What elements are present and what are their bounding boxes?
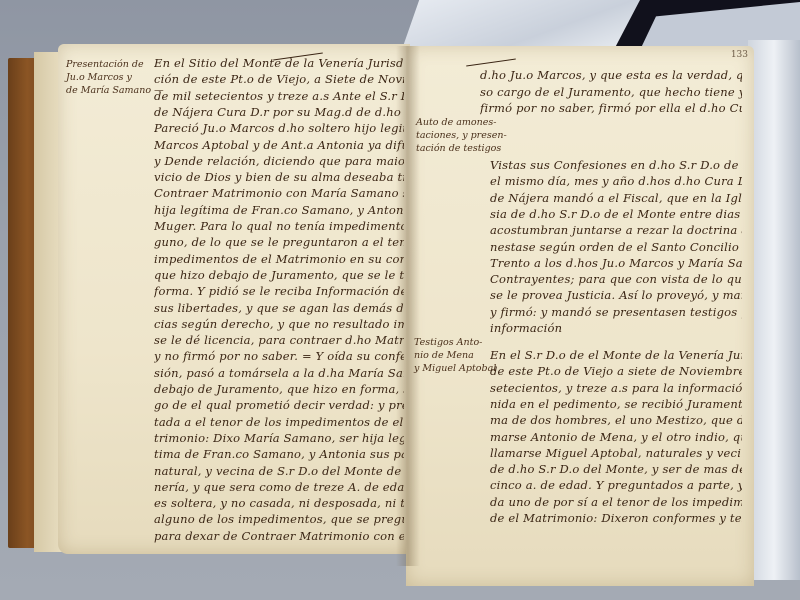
manuscript-line: el mismo día, mes y año d.hos d.ho Cura … xyxy=(490,174,742,188)
manuscript-line: debajo de Juramento, que hizo en forma, … xyxy=(154,382,404,396)
right-page: 133 Auto de amones- taciones, y presen- … xyxy=(406,46,754,586)
manuscript-line: sus libertades, y que se agan las demás … xyxy=(154,301,404,315)
manuscript-line: de Nájera mandó a el Fiscal, que en la I… xyxy=(490,191,742,205)
margin-note-line: taciones, y presen- xyxy=(416,129,507,142)
manuscript-line: y no firmó por no saber. = Y oída su con… xyxy=(154,349,404,363)
manuscript-line: alguno de los impedimentos, que se pregu… xyxy=(154,512,404,526)
manuscript-line: y Dende relación, diciendo que para maio… xyxy=(154,154,404,168)
manuscript-line: Vistas sus Confesiones en d.ho S.r D.o d… xyxy=(490,158,742,172)
manuscript-line: ción de este Pt.o de Viejo, a Siete de N… xyxy=(154,72,404,86)
tissue-paper-right xyxy=(748,40,800,580)
manuscript-line: vicio de Dios y bien de su alma deseaba … xyxy=(154,170,404,184)
manuscript-line: forma. Y pidió se le reciba Información … xyxy=(154,284,404,298)
manuscript-line: nestase según orden de el Santo Concilio… xyxy=(490,240,742,254)
manuscript-line: de Nájera Cura D.r por su Mag.d de d.ho … xyxy=(154,105,404,119)
manuscript-line: marse Antonio de Mena, y el otro indio, … xyxy=(490,430,742,444)
margin-note-line: nio de Mena xyxy=(414,349,496,362)
manuscript-line: sia de d.ho S.r D.o de el Monte entre di… xyxy=(490,207,742,221)
manuscript-line: cinco a. de edad. Y preguntados a parte,… xyxy=(490,478,742,492)
manuscript-line: nida en el pedimento, se recibió Juramen… xyxy=(490,397,742,411)
margin-note-line: Presentación de xyxy=(66,58,164,71)
manuscript-line: de este Pt.o de Viejo a siete de Noviemb… xyxy=(490,364,742,378)
margin-note-line: Auto de amones- xyxy=(416,116,507,129)
manuscript-line: para dexar de Contraer Matrimonio con el xyxy=(154,529,404,543)
manuscript-line: de d.ho S.r D.o del Monte, y ser de mas … xyxy=(490,462,742,476)
manuscript-line: Marcos Aptobal y de Ant.a Antonia ya dif… xyxy=(154,138,404,152)
manuscript-line: Contrayentes; para que con vista de lo q… xyxy=(490,272,742,286)
manuscript-line: Pareció Ju.o Marcos d.ho soltero hijo le… xyxy=(154,121,404,135)
manuscript-line: En el S.r D.o de el Monte de la Venería … xyxy=(490,348,742,362)
manuscript-line: es soltera, y no casada, ni desposada, n… xyxy=(154,496,404,510)
manuscript-line: tada a el tenor de los impedimentos de e… xyxy=(154,415,404,429)
manuscript-line: trimonio: Dixo María Samano, ser hija le… xyxy=(154,431,404,445)
manuscript-line: se le provea Justicia. Así lo proveyó, y… xyxy=(490,288,742,302)
manuscript-line: firmó por no saber, firmó por ella el d.… xyxy=(480,101,742,115)
manuscript-line: cias según derecho, y que no resultado i… xyxy=(154,317,404,331)
manuscript-line: sión, pasó a tomársela a la d.ha María S… xyxy=(154,366,404,380)
margin-note-line: Testigos Anto- xyxy=(414,336,496,349)
manuscript-line: natural, y vecina de S.r D.o del Monte d… xyxy=(154,464,404,478)
left-page: Presentación de Ju.o Marcos y de María S… xyxy=(58,44,410,554)
margin-note-line: Ju.o Marcos y xyxy=(66,71,164,84)
manuscript-line: impedimentos de el Matrimonio en su conf… xyxy=(154,252,404,266)
left-margin-note: Presentación de Ju.o Marcos y de María S… xyxy=(66,58,164,97)
manuscript-line: d.ho Ju.o Marcos, y que esta es la verda… xyxy=(480,68,742,82)
manuscript-line: Trento a los d.hos Ju.o Marcos y María S… xyxy=(490,256,742,270)
manuscript-line: acostumbran juntarse a rezar la doctrina… xyxy=(490,223,742,237)
right-margin-note-2: Testigos Anto- nio de Mena y Miguel Apto… xyxy=(414,336,496,375)
flourish-mark xyxy=(466,59,516,67)
manuscript-line: so cargo de el Juramento, que hecho tien… xyxy=(480,85,742,99)
manuscript-line: ma de dos hombres, el uno Mestizo, que d… xyxy=(490,413,742,427)
manuscript-line: información xyxy=(490,321,742,335)
margin-note-line: y Miguel Aptobal xyxy=(414,362,496,375)
book-gutter xyxy=(396,46,420,566)
manuscript-line: de el Matrimonio: Dixeron conformes y te… xyxy=(490,511,742,525)
manuscript-line: go de el qual prometió decir verdad: y p… xyxy=(154,398,404,412)
manuscript-line: setecientos, y treze a.s para la informa… xyxy=(490,381,742,395)
manuscript-line: da uno de por sí a el tenor de los imped… xyxy=(490,495,742,509)
manuscript-line: hija legítima de Fran.co Samano, y Anton… xyxy=(154,203,404,217)
manuscript-line: En el Sitio del Monte de la Venería Juri… xyxy=(154,56,404,70)
manuscript-line: y firmó: y mandó se presentasen testigos… xyxy=(490,305,742,319)
manuscript-line: se le dé licencia, para contraer d.ho Ma… xyxy=(154,333,404,347)
manuscript-line: nería, y que sera como de treze A. de ed… xyxy=(154,480,404,494)
margin-note-line: de María Samano — xyxy=(66,84,164,97)
manuscript-line: llamarse Miguel Aptobal, naturales y vec… xyxy=(490,446,742,460)
page-number: 133 xyxy=(731,50,748,60)
margin-note-line: tación de testigos xyxy=(416,142,507,155)
manuscript-line: guno, de lo que se le preguntaron a el t… xyxy=(154,235,404,249)
manuscript-line: tima de Fran.co Samano, y Antonia sus pa… xyxy=(154,447,404,461)
manuscript-line: Muger. Para lo qual no tenía impedimento… xyxy=(154,219,404,233)
manuscript-line: de mil setecientos y treze a.s Ante el S… xyxy=(154,89,404,103)
manuscript-line: que hizo debajo de Juramento, que se le … xyxy=(154,268,404,282)
manuscript-line: Contraer Matrimonio con María Samano su xyxy=(154,186,404,200)
right-margin-note-1: Auto de amones- taciones, y presen- taci… xyxy=(416,116,507,155)
